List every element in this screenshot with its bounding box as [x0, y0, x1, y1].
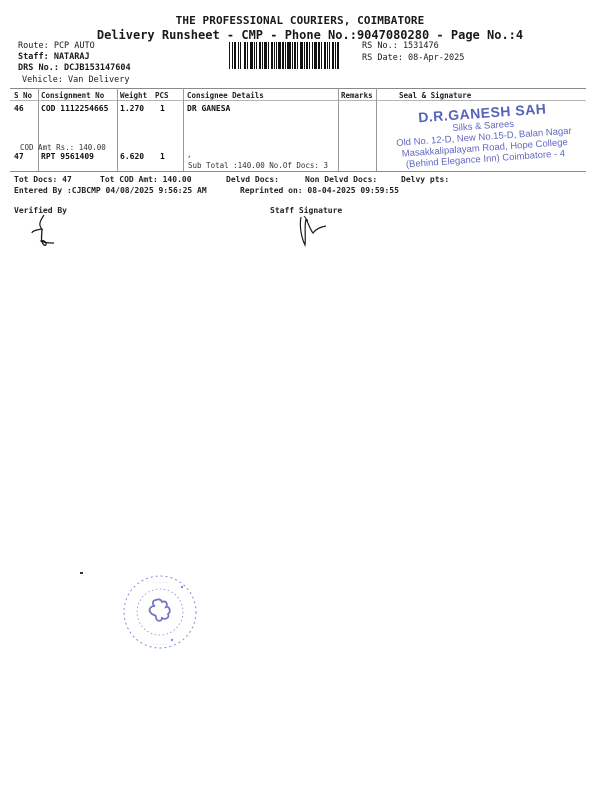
header-pcs: PCS	[155, 91, 169, 100]
drs-number: DRS No.: DCJB153147604	[18, 63, 131, 73]
svg-text:· · · · ·: · · · · ·	[153, 642, 168, 648]
cod-amount: COD Amt Rs.: 140.00	[20, 143, 106, 152]
rs-date: RS Date: 08-Apr-2025	[362, 53, 464, 63]
staff-label: Staff: NATARAJ	[18, 52, 90, 62]
rs-number: RS No.: 1531476	[362, 41, 439, 51]
cell-weight: 1.270	[120, 104, 144, 113]
header-sno: S No	[14, 91, 32, 100]
col-divider	[183, 88, 184, 171]
company-title: THE PROFESSIONAL COURIERS, COIMBATORE	[0, 14, 600, 27]
delivery-points: Delvy pts:	[401, 175, 449, 184]
header-remarks: Remarks	[341, 91, 373, 100]
runsheet-subtitle: Delivery Runsheet - CMP - Phone No.:9047…	[0, 28, 600, 42]
circular-seal: · · · · · · · · · ·	[120, 572, 200, 652]
total-docs: Tot Docs: 47	[14, 175, 72, 184]
route-label: Route: PCP AUTO	[18, 41, 95, 51]
cell-consignment: RPT 9561409	[41, 152, 94, 161]
verified-signature	[28, 213, 64, 249]
cell-consignment: COD 1112254665	[41, 104, 108, 113]
col-divider	[38, 88, 39, 171]
cell-consignee: ,	[187, 150, 192, 159]
cell-weight: 6.620	[120, 152, 144, 161]
delivered-docs: Delvd Docs:	[226, 175, 279, 184]
staff-signature	[296, 213, 330, 249]
header-consignee: Consignee Details	[187, 91, 264, 100]
non-delivered-docs: Non Delvd Docs:	[305, 175, 377, 184]
cell-pcs: 1	[160, 104, 165, 113]
barcode	[229, 42, 354, 69]
svg-text:· · · · ·: · · · · ·	[153, 580, 168, 586]
scan-speck	[80, 572, 83, 574]
vehicle-label: Vehicle: Van Delivery	[22, 75, 129, 85]
subtotal: Sub Total :140.00 No.Of Docs: 3	[188, 161, 328, 170]
cell-consignee: DR GANESA	[187, 104, 230, 113]
cell-sno: 47	[14, 152, 24, 161]
cell-sno: 46	[14, 104, 24, 113]
header-seal-signature: Seal & Signature	[399, 91, 471, 100]
header-bottom-border	[10, 100, 586, 101]
reprinted-on: Reprinted on: 08-04-2025 09:59:55	[240, 186, 399, 195]
header-weight: Weight	[120, 91, 147, 100]
entered-by: Entered By :CJBCMP 04/08/2025 9:56:25 AM	[14, 186, 207, 195]
total-cod-amount: Tot COD Amt: 140.00	[100, 175, 192, 184]
company-stamp: D.R.GANESH SAH Silks & Sarees Old No. 12…	[366, 97, 600, 173]
col-divider	[117, 88, 118, 171]
header-consignment: Consignment No	[41, 91, 104, 100]
table-bottom-border	[10, 171, 586, 172]
table-top-border	[10, 88, 586, 89]
col-divider	[338, 88, 339, 171]
cell-pcs: 1	[160, 152, 165, 161]
